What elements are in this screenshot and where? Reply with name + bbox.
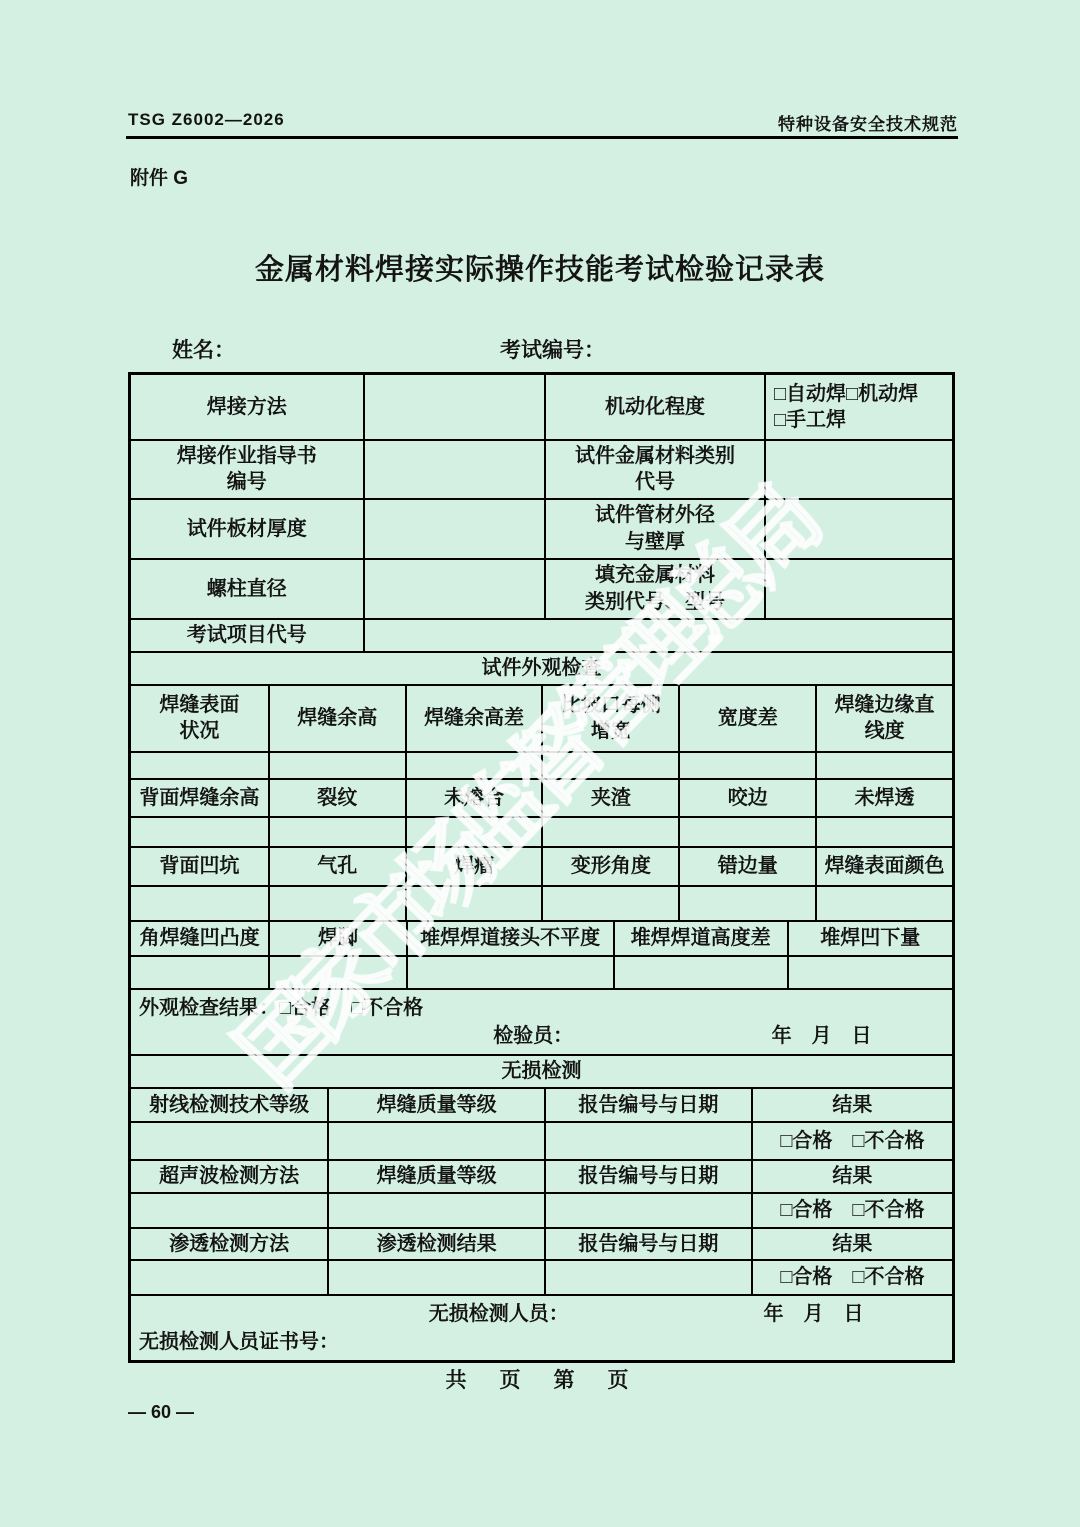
appearance-header: 焊缝余高差 (405, 686, 542, 751)
mechanization-options: □自动焊□机动焊 □手工焊 (764, 375, 952, 439)
result-header: 结果 (751, 1161, 952, 1192)
mechanization-label: 机动化程度 (544, 375, 764, 439)
report-number-date-header: 报告编号与日期 (544, 1229, 751, 1259)
table-row (131, 955, 952, 988)
page-number: — 60 — (128, 1402, 194, 1423)
result-header: 结果 (751, 1089, 952, 1121)
table-row: □合格 □不合格 (131, 1192, 952, 1227)
pipe-od-wall-label: 试件管材外径 与壁厚 (544, 500, 764, 558)
appearance-header: 焊缝表面颜色 (815, 848, 952, 885)
table-row: 试件板材厚度 试件管材外径 与壁厚 (131, 498, 952, 558)
table-row: 考试项目代号 (131, 618, 952, 651)
page-title: 金属材料焊接实际操作技能考试检验记录表 (0, 247, 1080, 288)
ndt-input-cell (327, 1194, 544, 1227)
fillet-header: 堆焊凹下量 (787, 922, 952, 955)
pt-result-header: 渗透检测结果 (327, 1229, 544, 1259)
appearance-header: 裂纹 (268, 780, 405, 816)
ndt-cert-number-label: 无损检测人员证书号： (139, 1328, 944, 1356)
appearance-input-cell (678, 818, 815, 846)
appearance-result-checkboxes: 外观检查结果：□合格 □不合格 (139, 994, 944, 1022)
table-row: 焊接作业指导书 编号 试件金属材料类别 代号 (131, 439, 952, 498)
fillet-header: 堆焊焊道接头不平度 (406, 922, 613, 955)
appearance-input-cell (405, 818, 542, 846)
inspector-sign-line: 检验员： 年 月 日 (139, 1022, 944, 1050)
table-row: 角焊缝凹凸度 焊脚 堆焊焊道接头不平度 堆焊焊道高度差 堆焊凹下量 (131, 920, 952, 955)
pt-method-header: 渗透检测方法 (131, 1229, 327, 1259)
appearance-header: 咬边 (678, 780, 815, 816)
result-header: 结果 (751, 1229, 952, 1259)
appearance-input-cell (131, 753, 268, 778)
appearance-header: 错边量 (678, 848, 815, 885)
appearance-input-cell (268, 887, 405, 920)
wps-number-label: 焊接作业指导书 编号 (131, 441, 363, 498)
weld-quality-level-header: 焊缝质量等级 (327, 1161, 544, 1192)
appearance-input-cell (815, 887, 952, 920)
appearance-input-cell (268, 753, 405, 778)
ndt-input-cell (131, 1123, 327, 1159)
record-form-table: 焊接方法 机动化程度 □自动焊□机动焊 □手工焊 焊接作业指导书 编号 试件金属… (128, 372, 955, 1363)
appearance-header: 宽度差 (678, 686, 815, 751)
ndt-personnel-cell: 无损检测人员： 年 月 日 无损检测人员证书号： (131, 1296, 952, 1360)
appearance-input-cell (541, 887, 678, 920)
pipe-od-wall-input (764, 500, 952, 558)
table-row: 焊接方法 机动化程度 □自动焊□机动焊 □手工焊 (131, 375, 952, 439)
table-row (131, 816, 952, 846)
table-row: 焊缝表面 状况 焊缝余高 焊缝余高差 比坡口每侧 增宽 宽度差 焊缝边缘直 线度 (131, 684, 952, 751)
rt-technique-level-header: 射线检测技术等级 (131, 1089, 327, 1121)
fillet-header: 堆焊焊道高度差 (613, 922, 787, 955)
filler-metal-label: 填充金属材料 类别代号、型号 (544, 560, 764, 618)
appearance-header: 变形角度 (541, 848, 678, 885)
ndt-input-cell (327, 1261, 544, 1294)
welding-method-label: 焊接方法 (131, 375, 363, 439)
table-row: 超声波检测方法 焊缝质量等级 报告编号与日期 结果 (131, 1159, 952, 1192)
table-row: 渗透检测方法 渗透检测结果 报告编号与日期 结果 (131, 1227, 952, 1259)
appearance-header: 未焊透 (815, 780, 952, 816)
fillet-input-cell (268, 957, 405, 988)
appearance-input-cell (405, 753, 542, 778)
date-label: 年 月 日 (764, 1300, 864, 1328)
ut-method-header: 超声波检测方法 (131, 1161, 327, 1192)
pt-result-checkboxes: □合格 □不合格 (751, 1261, 952, 1294)
ndt-input-cell (544, 1261, 751, 1294)
specimen-metal-category-label: 试件金属材料类别 代号 (544, 441, 764, 498)
appearance-header: 气孔 (268, 848, 405, 885)
wps-number-input (363, 441, 544, 498)
appearance-input-cell (678, 753, 815, 778)
appearance-header: 未熔合 (405, 780, 542, 816)
appearance-input-cell (541, 753, 678, 778)
fillet-input-cell (787, 957, 952, 988)
appearance-header: 夹渣 (541, 780, 678, 816)
spec-code: TSG Z6002—2026 (128, 110, 285, 135)
fillet-input-cell (131, 957, 268, 988)
table-row (131, 885, 952, 920)
plate-thickness-input (363, 500, 544, 558)
appearance-header: 比坡口每侧 增宽 (541, 686, 678, 751)
appearance-header: 焊瘤 (405, 848, 542, 885)
fillet-input-cell (406, 957, 613, 988)
plate-thickness-label: 试件板材厚度 (131, 500, 363, 558)
appearance-section-title: 试件外观检查 (131, 653, 952, 684)
appearance-header: 背面焊缝余高 (131, 780, 268, 816)
page-count-line: 共 页 第 页 (0, 1364, 1080, 1394)
appearance-header: 焊缝表面 状况 (131, 686, 268, 751)
table-row: 无损检测人员： 年 月 日 无损检测人员证书号： (131, 1294, 952, 1360)
appearance-input-cell (131, 887, 268, 920)
report-number-date-header: 报告编号与日期 (544, 1161, 751, 1192)
appearance-header: 焊缝余高 (268, 686, 405, 751)
appearance-header: 背面凹坑 (131, 848, 268, 885)
exam-item-code-input (363, 620, 952, 651)
table-row: □合格 □不合格 (131, 1121, 952, 1159)
name-label: 姓名： (172, 334, 235, 364)
document-header: TSG Z6002—2026 特种设备安全技术规范 (128, 110, 958, 135)
appearance-result-cell: 外观检查结果：□合格 □不合格 检验员： 年 月 日 (131, 990, 952, 1054)
fillet-header: 角焊缝凹凸度 (131, 922, 268, 955)
ndt-input-cell (544, 1194, 751, 1227)
rt-result-checkboxes: □合格 □不合格 (751, 1123, 952, 1159)
ndt-personnel-label: 无损检测人员： (429, 1300, 569, 1328)
report-number-date-header: 报告编号与日期 (544, 1089, 751, 1121)
appearance-header: 焊缝边缘直 线度 (815, 686, 952, 751)
spec-title: 特种设备安全技术规范 (778, 110, 958, 135)
ndt-input-cell (131, 1261, 327, 1294)
appearance-input-cell (541, 818, 678, 846)
table-row: □合格 □不合格 (131, 1259, 952, 1294)
exam-item-code-label: 考试项目代号 (131, 620, 363, 651)
attachment-label: 附件 G (130, 163, 188, 190)
welding-method-input (363, 375, 544, 439)
table-row: 背面焊缝余高 裂纹 未熔合 夹渣 咬边 未焊透 (131, 778, 952, 816)
ndt-input-cell (327, 1123, 544, 1159)
table-row: 外观检查结果：□合格 □不合格 检验员： 年 月 日 (131, 988, 952, 1054)
table-row: 射线检测技术等级 焊缝质量等级 报告编号与日期 结果 (131, 1087, 952, 1121)
appearance-input-cell (405, 887, 542, 920)
fillet-input-cell (613, 957, 787, 988)
stud-diameter-label: 螺柱直径 (131, 560, 363, 618)
fillet-header: 焊脚 (268, 922, 405, 955)
ndt-section-title: 无损检测 (131, 1056, 952, 1087)
header-rule (126, 136, 958, 139)
appearance-input-cell (815, 753, 952, 778)
weld-quality-level-header: 焊缝质量等级 (327, 1089, 544, 1121)
appearance-input-cell (678, 887, 815, 920)
inspector-label: 检验员： (493, 1022, 573, 1050)
date-label: 年 月 日 (772, 1022, 872, 1050)
ndt-input-cell (544, 1123, 751, 1159)
stud-diameter-input (363, 560, 544, 618)
ut-result-checkboxes: □合格 □不合格 (751, 1194, 952, 1227)
table-row: 螺柱直径 填充金属材料 类别代号、型号 (131, 558, 952, 618)
appearance-input-cell (815, 818, 952, 846)
table-row: 背面凹坑 气孔 焊瘤 变形角度 错边量 焊缝表面颜色 (131, 846, 952, 885)
ndt-input-cell (131, 1194, 327, 1227)
appearance-input-cell (131, 818, 268, 846)
specimen-metal-category-input (764, 441, 952, 498)
exam-number-label: 考试编号： (500, 334, 605, 364)
appearance-input-cell (268, 818, 405, 846)
table-row: 无损检测 (131, 1054, 952, 1087)
filler-metal-input (764, 560, 952, 618)
ndt-personnel-sign-line: 无损检测人员： 年 月 日 (139, 1300, 944, 1328)
table-row: 试件外观检查 (131, 651, 952, 684)
document-page: TSG Z6002—2026 特种设备安全技术规范 附件 G 金属材料焊接实际操… (0, 0, 1080, 1527)
table-row (131, 751, 952, 778)
